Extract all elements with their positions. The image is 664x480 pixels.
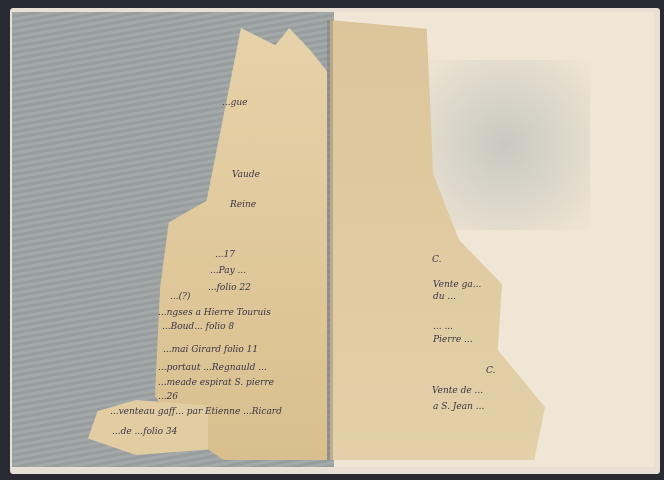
handwritten-entry: ...portaut ...Regnauld ...: [158, 363, 267, 373]
handwritten-entry: ... ...: [433, 322, 453, 332]
handwritten-entry: Vente de ...: [432, 386, 483, 396]
handwritten-entry: Vente ga...: [433, 280, 481, 290]
handwritten-entry: C.: [486, 366, 495, 376]
handwritten-entry: ...(?): [170, 292, 190, 302]
center-fold: [327, 20, 333, 460]
handwritten-entry: ...17: [215, 250, 235, 260]
handwritten-entry: ...gue: [222, 98, 247, 108]
handwritten-entry: C.: [432, 255, 441, 265]
handwritten-entry: Reine: [230, 200, 256, 210]
handwritten-entry: du ...: [433, 292, 456, 302]
handwritten-entry: Pierre ...: [433, 335, 473, 345]
handwritten-entry: ...meade espirat S. pierre: [158, 378, 274, 388]
handwritten-entry: ...Boud... folio 8: [162, 322, 234, 332]
stain: [420, 60, 590, 230]
handwritten-entry: Vaude: [232, 170, 260, 180]
handwritten-entry: ...26: [158, 392, 178, 402]
handwritten-entry: ...folio 22: [208, 283, 251, 293]
handwritten-entry: ...venteau gaff... par Etienne ...Ricard: [110, 407, 282, 417]
handwritten-entry: ...Pay ...: [210, 266, 246, 276]
handwritten-entry: ...de ...folio 34: [112, 427, 177, 437]
handwritten-entry: ...mai Girard folio 11: [163, 345, 258, 355]
handwritten-entry: a S. Jean ...: [433, 402, 484, 412]
handwritten-entry: ...ngses a Hierre Touruis: [158, 308, 271, 318]
